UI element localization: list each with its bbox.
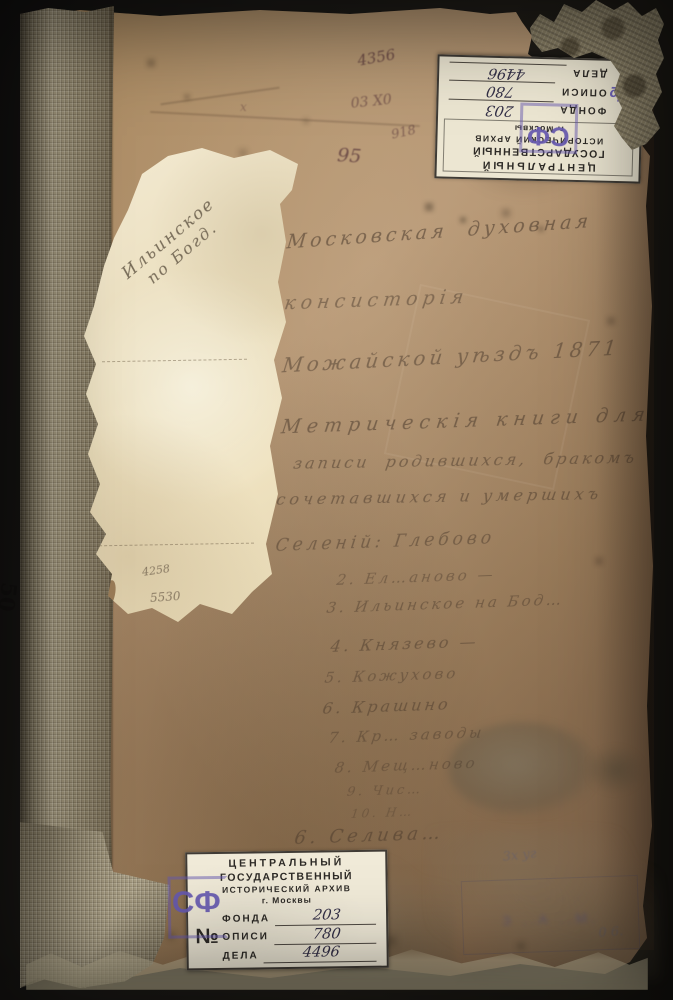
cover-speckles xyxy=(0,0,2,2)
label-pencil-number: 4258 xyxy=(141,562,171,579)
field-value: 203 xyxy=(275,908,378,926)
faded-stamp: · · · · · З ..А ..М. xyxy=(461,875,640,955)
label-rule-line xyxy=(102,359,247,363)
field-label: ОПИСИ xyxy=(560,83,607,97)
field-label: ФОНДА xyxy=(222,913,270,927)
field-label: ДЕЛА xyxy=(571,65,607,79)
field-value: 780 xyxy=(446,80,555,99)
spine-ink-mark: 50 xyxy=(0,581,22,613)
field-value: 4496 xyxy=(264,945,379,963)
handwriting-line: 10. Н… xyxy=(350,805,415,821)
photograph: Ильинское по Богд. 4258 5530 Московская … xyxy=(0,0,673,1000)
ink-scribble: 0 6. xyxy=(598,924,624,941)
cover-edge-shading xyxy=(596,90,654,950)
label-rule-line xyxy=(94,543,254,547)
field-value: 780 xyxy=(274,927,379,945)
sf-stamp-mark: СФ xyxy=(172,884,221,921)
archive-stamp-bottom: СФ ЦЕНТРАЛЬНЫЙ ГОСУДАРСТВЕННЫЙ ИСТОРИЧЕС… xyxy=(185,850,389,971)
ink-scribble: х xyxy=(240,100,247,114)
label-handwriting: Ильинское по Богд. xyxy=(118,194,231,298)
label-pencil-number: 5530 xyxy=(150,589,181,605)
handwriting-line: 9. Чис… xyxy=(346,782,424,800)
ink-scribble: 95 xyxy=(336,144,362,168)
field-label: ОПИСИ xyxy=(222,932,269,946)
faded-stamp-line: · · · · · xyxy=(462,890,637,908)
field-value: 4496 xyxy=(447,62,567,81)
sf-stamp-mark: СФ xyxy=(527,120,570,152)
small-stain xyxy=(585,745,645,795)
field-label: ДЕЛА xyxy=(223,950,259,964)
archive-stamp-top: СФ ЦЕНТРАЛЬНЫЙ ГОСУДАРСТВЕННЫЙ ИСТОРИЧЕС… xyxy=(434,54,643,183)
